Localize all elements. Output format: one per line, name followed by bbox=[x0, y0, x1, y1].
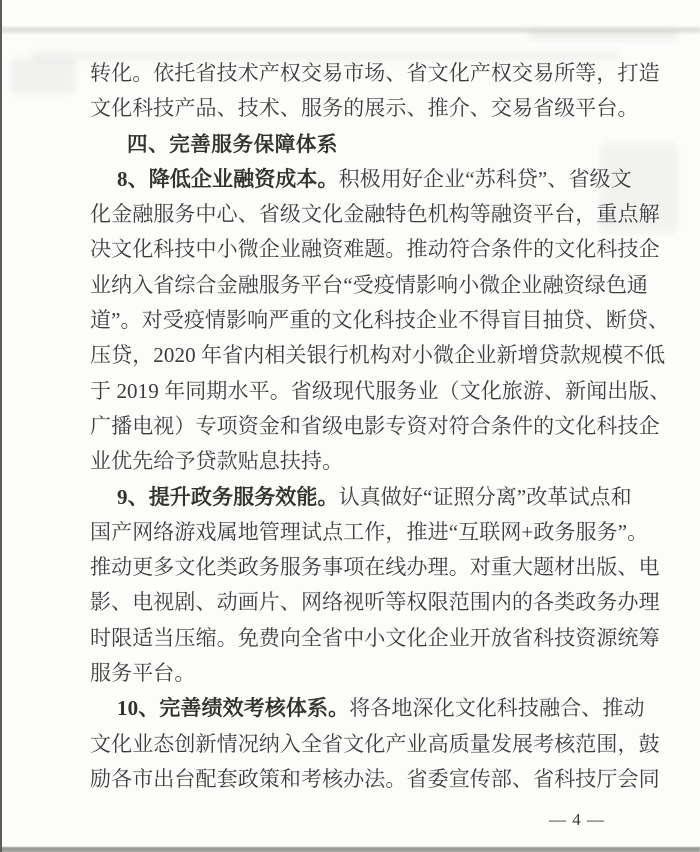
bleedthrough-smudge bbox=[10, 58, 76, 94]
text-segment: 广播电视）专项资金和省级电影专资对符合条件的文化科技企 bbox=[90, 414, 660, 438]
text-line: 于 2019 年同期水平。省级现代服务业（文化旅游、新闻出版、 bbox=[90, 374, 670, 409]
section-heading: 四、完善服务保障体系 bbox=[90, 127, 670, 162]
scan-shadow-bottom bbox=[0, 847, 700, 852]
page-number: — 4 — bbox=[549, 810, 605, 830]
text-segment: 道”。对受疫情影响严重的文化科技企业不得盲目抽贷、断贷、 bbox=[90, 308, 669, 332]
document-page: 转化。依托省技术产权交易市场、省文化产权交易所等，打造文化科技产品、技术、服务的… bbox=[0, 0, 700, 852]
text-segment: 时限适当压缩。免费向全省中小文化企业开放省科技资源统筹 bbox=[90, 626, 660, 650]
text-segment: 业纳入省综合金融服务平台“受疫情影响小微企业融资绿色通 bbox=[90, 273, 648, 297]
text-line: 文化业态创新情况纳入全省文化产业高质量发展考核范围，鼓 bbox=[90, 727, 670, 762]
text-segment: 推动更多文化类政务服务事项在线办理。对重大题材出版、电 bbox=[90, 555, 660, 579]
bold-text-segment: 四、完善服务保障体系 bbox=[127, 133, 338, 156]
text-segment: 认真做好“证照分离”改革试点和 bbox=[339, 485, 632, 509]
text-segment: 励各市出台配套政策和考核办法。省委宣传部、省科技厅会同 bbox=[90, 767, 660, 791]
text-segment: 业优先给予贷款贴息扶持。 bbox=[90, 449, 343, 473]
text-line: 8、降低企业融资成本。积极用好企业“苏科贷”、省级文 bbox=[90, 162, 670, 197]
text-segment: 决文化科技中小微企业融资难题。推动符合条件的文化科技企 bbox=[90, 237, 660, 261]
text-segment: 国产网络游戏属地管理试点工作，推进“互联网+政务服务”。 bbox=[90, 520, 648, 544]
text-line: 压贷，2020 年省内相关银行机构对小微企业新增贷款规模不低 bbox=[90, 338, 670, 373]
bold-text-segment: 10、完善绩效考核体系。 bbox=[117, 696, 349, 720]
text-segment: 文化业态创新情况纳入全省文化产业高质量发展考核范围，鼓 bbox=[90, 732, 660, 756]
text-line: 业优先给予贷款贴息扶持。 bbox=[90, 444, 670, 479]
text-line: 时限适当压缩。免费向全省中小文化企业开放省科技资源统筹 bbox=[90, 621, 670, 656]
text-segment: 于 2019 年同期水平。省级现代服务业（文化旅游、新闻出版、 bbox=[90, 379, 671, 403]
text-line: 道”。对受疫情影响严重的文化科技企业不得盲目抽贷、断贷、 bbox=[90, 303, 670, 338]
text-segment: 文化科技产品、技术、服务的展示、推介、交易省级平台。 bbox=[90, 96, 639, 120]
scan-edge-left bbox=[0, 0, 2, 852]
text-line: 业纳入省综合金融服务平台“受疫情影响小微企业融资绿色通 bbox=[90, 268, 670, 303]
text-line: 影、电视剧、动画片、网络视听等权限范围内的各类政务办理 bbox=[90, 585, 670, 620]
text-line: 文化科技产品、技术、服务的展示、推介、交易省级平台。 bbox=[90, 91, 670, 126]
text-line: 转化。依托省技术产权交易市场、省文化产权交易所等，打造 bbox=[90, 56, 670, 91]
text-line: 服务平台。 bbox=[90, 656, 670, 691]
text-line: 9、提升政务服务效能。认真做好“证照分离”改革试点和 bbox=[90, 480, 670, 515]
text-line: 国产网络游戏属地管理试点工作，推进“互联网+政务服务”。 bbox=[90, 515, 670, 550]
text-segment: 影、电视剧、动画片、网络视听等权限范围内的各类政务办理 bbox=[90, 590, 660, 614]
text-segment: 将各地深化文化科技融合、推动 bbox=[349, 696, 644, 720]
text-line: 励各市出台配套政策和考核办法。省委宣传部、省科技厅会同 bbox=[90, 762, 670, 797]
text-segment: 压贷，2020 年省内相关银行机构对小微企业新增贷款规模不低 bbox=[90, 343, 665, 367]
text-line: 10、完善绩效考核体系。将各地深化文化科技融合、推动 bbox=[90, 691, 670, 726]
bold-text-segment: 9、提升政务服务效能。 bbox=[117, 485, 339, 509]
text-segment: 积极用好企业“苏科贷”、省级文 bbox=[339, 167, 632, 191]
text-line: 决文化科技中小微企业融资难题。推动符合条件的文化科技企 bbox=[90, 232, 670, 267]
text-segment: 化金融服务中心、省级文化金融特色机构等融资平台，重点解 bbox=[90, 202, 660, 226]
text-segment: 服务平台。 bbox=[90, 661, 196, 685]
text-line: 化金融服务中心、省级文化金融特色机构等融资平台，重点解 bbox=[90, 197, 670, 232]
document-body: 转化。依托省技术产权交易市场、省文化产权交易所等，打造文化科技产品、技术、服务的… bbox=[90, 56, 670, 797]
text-segment: 转化。依托省技术产权交易市场、省文化产权交易所等，打造 bbox=[90, 61, 660, 85]
text-line: 推动更多文化类政务服务事项在线办理。对重大题材出版、电 bbox=[90, 550, 670, 585]
bleedthrough-smudge bbox=[528, 30, 678, 40]
text-line: 广播电视）专项资金和省级电影专资对符合条件的文化科技企 bbox=[90, 409, 670, 444]
bold-text-segment: 8、降低企业融资成本。 bbox=[117, 167, 339, 191]
